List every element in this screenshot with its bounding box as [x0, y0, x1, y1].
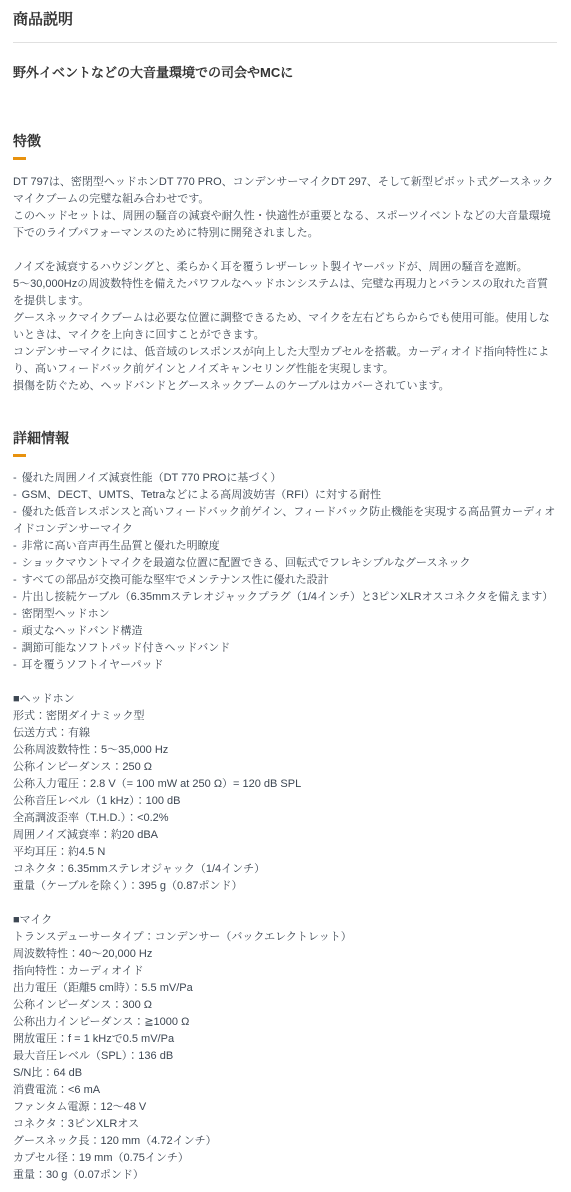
spec-label: 公称インピーダンス [13, 761, 111, 773]
spec-separator: ： [57, 1033, 68, 1045]
spec-separator: ： [57, 1084, 68, 1096]
spec-row: 最大音圧レベル（SPL）：136 dB [13, 1048, 557, 1065]
spec-row: 公称インピーダンス：300 Ω [13, 997, 557, 1014]
spec-label: 開放電圧 [13, 1033, 57, 1045]
feature-bullet: -耳を覆うソフトイヤーパッド [13, 657, 557, 674]
spec-value: 64 dB [53, 1067, 82, 1079]
spec-label: 出力電圧（距離5 cm時） [13, 982, 130, 994]
bullet-marker: - [13, 591, 17, 603]
spec-value: <6 mA [68, 1084, 100, 1096]
spec-value: コンデンサー（バックエレクトレット） [155, 931, 352, 943]
spec-row: 周波数特性：40～20,000 Hz [13, 946, 557, 963]
spec-label: 公称周波数特性 [13, 744, 90, 756]
feature-bullet: -GSM、DECT、UMTS、Tetraなどによる高周波妨害（RFI）に対する耐… [13, 487, 557, 504]
title-divider [13, 42, 557, 43]
spec-row: 重量（ケーブルを除く）：395 g（0.87ポンド） [13, 878, 557, 895]
headphone-spec-list: 形式：密閉ダイナミック型 伝送方式：有線 公称周波数特性：5～35,000 Hz… [13, 708, 557, 895]
spec-separator: ： [68, 1152, 79, 1164]
spec-row: 形式：密閉ダイナミック型 [13, 708, 557, 725]
bullet-text: 密閉型ヘッドホン [22, 608, 110, 620]
spec-value: 5～35,000 Hz [101, 744, 168, 756]
spec-label: 全高調波歪率（T.H.D.） [13, 812, 126, 824]
features-accent-bar [13, 157, 26, 160]
spec-row: コネクタ：6.35mmステレオジャック（1/4インチ） [13, 861, 557, 878]
spec-row: 伝送方式：有線 [13, 725, 557, 742]
paragraph-line: ノイズを減衰するハウジングと、柔らかく耳を覆うレザーレット製イヤーパッドが、周囲… [13, 259, 557, 276]
spec-value: カーディオイド [68, 965, 144, 977]
paragraph-line: グースネックマイクブームは必要な位置に調整できるため、マイクを左右どちらからでも… [13, 310, 557, 344]
spec-value: ≧1000 Ω [144, 1016, 189, 1028]
spec-separator: ： [35, 1169, 46, 1181]
spec-row: 全高調波歪率（T.H.D.）：<0.2% [13, 810, 557, 827]
spec-row: 指向特性：カーディオイド [13, 963, 557, 980]
spec-separator: ： [57, 863, 68, 875]
spec-value: 19 mm（0.75インチ） [79, 1152, 189, 1164]
bullet-text: 片出し接続ケーブル（6.35mmステレオジャックプラグ（1/4インチ）と3ピンX… [22, 591, 554, 603]
spec-value: 40～20,000 Hz [79, 948, 152, 960]
spec-row: 公称インピーダンス：250 Ω [13, 759, 557, 776]
spec-row: カプセル径：19 mm（0.75インチ） [13, 1150, 557, 1167]
bullet-marker: - [13, 608, 17, 620]
spec-separator: ： [68, 948, 79, 960]
spec-value: 395 g（0.87ポンド） [139, 880, 243, 892]
spec-value: <0.2% [137, 812, 169, 824]
spec-row: グースネック長：120 mm（4.72インチ） [13, 1133, 557, 1150]
spec-value: 120 mm（4.72インチ） [100, 1135, 216, 1147]
spec-label: 最大音圧レベル（SPL） [13, 1050, 127, 1062]
spec-label: 重量 [13, 1169, 35, 1181]
spec-separator: ： [89, 1101, 100, 1113]
product-description-page: { "colors":{ "accent":"#e8920e", "text":… [0, 0, 571, 1192]
spec-separator: ： [127, 1050, 138, 1062]
features-intro-paragraph: DT 797は、密閉型ヘッドホンDT 770 PRO、コンデンサーマイクDT 2… [13, 174, 557, 242]
spec-label: 周波数特性 [13, 948, 68, 960]
spec-row: ファンタム電源：12～48 V [13, 1099, 557, 1116]
spec-separator: ： [42, 1067, 53, 1079]
mic-specs-heading: ■マイク [13, 912, 557, 929]
spec-separator: ： [133, 1016, 144, 1028]
spec-separator: ： [57, 846, 68, 858]
spec-label: 平均耳圧 [13, 846, 57, 858]
spec-value: 30 g（0.07ポンド） [46, 1169, 144, 1181]
details-accent-bar [13, 454, 26, 457]
feature-bullet: -すべての部品が交換可能な堅牢でメンテナンス性に優れた設計 [13, 572, 557, 589]
bullet-text: 優れた低音レスポンスと高いフィードバック前ゲイン、フィードバック防止機能を実現す… [13, 506, 555, 535]
spec-row: 周囲ノイズ減衰率：約20 dBA [13, 827, 557, 844]
spec-row: 消費電流：<6 mA [13, 1082, 557, 1099]
bullet-marker: - [13, 540, 17, 552]
features-heading: 特徴 [13, 132, 557, 150]
details-heading: 詳細情報 [13, 429, 557, 447]
feature-bullet: -頑丈なヘッドバンド構造 [13, 623, 557, 640]
spec-label: S/N比 [13, 1067, 42, 1079]
spec-label: 指向特性 [13, 965, 57, 977]
spec-label: 重量（ケーブルを除く） [13, 880, 128, 892]
bullet-marker: - [13, 489, 17, 501]
feature-bullet: -優れた低音レスポンスと高いフィードバック前ゲイン、フィードバック防止機能を実現… [13, 504, 557, 538]
page-title: 商品説明 [13, 10, 557, 30]
spec-value: f = 1 kHzで0.5 mV/Pa [68, 1033, 174, 1045]
spec-separator: ： [57, 727, 68, 739]
product-tagline: 野外イベントなどの大音量環境での司会やMCに [13, 64, 557, 82]
spec-separator: ： [57, 965, 68, 977]
spec-row: 公称音圧レベル（1 kHz）：100 dB [13, 793, 557, 810]
feature-bullet: -非常に高い音声再生品質と優れた明瞭度 [13, 538, 557, 555]
bullet-marker: - [13, 659, 17, 671]
spec-row: 重量：30 g（0.07ポンド） [13, 1167, 557, 1184]
spec-row: 公称周波数特性：5～35,000 Hz [13, 742, 557, 759]
feature-bullet-list: -優れた周囲ノイズ減衰性能（DT 770 PROに基づく） -GSM、DECT、… [13, 470, 557, 674]
feature-bullet: -片出し接続ケーブル（6.35mmステレオジャックプラグ（1/4インチ）と3ピン… [13, 589, 557, 606]
spec-label: コネクタ [13, 863, 57, 875]
spec-value: 136 dB [138, 1050, 173, 1062]
mic-specs: ■マイク トランスデューサータイプ：コンデンサー（バックエレクトレット） 周波数… [13, 912, 557, 1184]
spec-value: 12～48 V [100, 1101, 146, 1113]
spec-label: ファンタム電源 [13, 1101, 89, 1113]
features-body-paragraph: ノイズを減衰するハウジングと、柔らかく耳を覆うレザーレット製イヤーパッドが、周囲… [13, 259, 557, 395]
spec-value: 有線 [68, 727, 90, 739]
bullet-text: すべての部品が交換可能な堅牢でメンテナンス性に優れた設計 [22, 574, 329, 586]
spec-separator: ： [89, 1135, 100, 1147]
spec-separator: ： [57, 1118, 68, 1130]
bullet-text: GSM、DECT、UMTS、Tetraなどによる高周波妨害（RFI）に対する耐性 [22, 489, 381, 501]
spec-value: 約4.5 N [68, 846, 105, 858]
headphone-specs-heading: ■ヘッドホン [13, 691, 557, 708]
feature-bullet: -ショックマウントマイクを最適な位置に配置できる、回転式でフレキシブルなグースネ… [13, 555, 557, 572]
spec-row: トランスデューサータイプ：コンデンサー（バックエレクトレット） [13, 929, 557, 946]
details-section: 詳細情報 -優れた周囲ノイズ減衰性能（DT 770 PROに基づく） -GSM、… [13, 429, 557, 1184]
spec-separator: ： [126, 812, 137, 824]
spec-separator: ： [79, 778, 90, 790]
spec-label: 形式 [13, 710, 35, 722]
headphone-specs: ■ヘッドホン 形式：密閉ダイナミック型 伝送方式：有線 公称周波数特性：5～35… [13, 691, 557, 895]
bullet-text: 非常に高い音声再生品質と優れた明瞭度 [22, 540, 220, 552]
spec-separator: ： [130, 982, 141, 994]
spec-separator: ： [144, 931, 155, 943]
bullet-marker: - [13, 557, 17, 569]
bullet-text: 調節可能なソフトパッド付きヘッドバンド [22, 642, 231, 654]
spec-label: 公称出力インピーダンス [13, 1016, 133, 1028]
spec-separator: ： [135, 795, 146, 807]
feature-bullet: -密閉型ヘッドホン [13, 606, 557, 623]
spec-separator: ： [100, 829, 111, 841]
spec-row: 公称入力電圧：2.8 V（= 100 mW at 250 Ω）= 120 dB … [13, 776, 557, 793]
spec-label: 公称インピーダンス [13, 999, 111, 1011]
spec-value: 5.5 mV/Pa [141, 982, 192, 994]
spec-row: 公称出力インピーダンス：≧1000 Ω [13, 1014, 557, 1031]
spec-row: 開放電圧：f = 1 kHzで0.5 mV/Pa [13, 1031, 557, 1048]
spec-label: 公称音圧レベル（1 kHz） [13, 795, 135, 807]
bullet-marker: - [13, 642, 17, 654]
spec-value: 250 Ω [122, 761, 152, 773]
spec-label: 消費電流 [13, 1084, 57, 1096]
paragraph-line: このヘッドセットは、周囲の騒音の減衰や耐久性・快適性が重要となる、スポーツイベン… [13, 208, 557, 242]
spec-label: カプセル径 [13, 1152, 68, 1164]
spec-label: 公称入力電圧 [13, 778, 79, 790]
spec-separator: ： [90, 744, 101, 756]
spec-value: 100 dB [146, 795, 181, 807]
bullet-text: 優れた周囲ノイズ減衰性能（DT 770 PROに基づく） [22, 472, 282, 484]
feature-bullet: -優れた周囲ノイズ減衰性能（DT 770 PROに基づく） [13, 470, 557, 487]
mic-spec-list: トランスデューサータイプ：コンデンサー（バックエレクトレット） 周波数特性：40… [13, 929, 557, 1184]
spec-value: 6.35mmステレオジャック（1/4インチ） [68, 863, 265, 875]
spec-value: 密閉ダイナミック型 [46, 710, 145, 722]
spec-label: トランスデューサータイプ [13, 931, 144, 943]
spec-label: 周囲ノイズ減衰率 [13, 829, 100, 841]
bullet-marker: - [13, 472, 17, 484]
bullet-marker: - [13, 574, 17, 586]
feature-bullet: -調節可能なソフトパッド付きヘッドバンド [13, 640, 557, 657]
spec-row: 出力電圧（距離5 cm時）：5.5 mV/Pa [13, 980, 557, 997]
bullet-text: ショックマウントマイクを最適な位置に配置できる、回転式でフレキシブルなグースネッ… [22, 557, 471, 569]
spec-separator: ： [128, 880, 139, 892]
bullet-marker: - [13, 625, 17, 637]
paragraph-line: DT 797は、密閉型ヘッドホンDT 770 PRO、コンデンサーマイクDT 2… [13, 174, 557, 208]
spec-label: グースネック長 [13, 1135, 89, 1147]
bullet-marker: - [13, 506, 17, 518]
spec-separator: ： [111, 999, 122, 1011]
features-section: 特徴 DT 797は、密閉型ヘッドホンDT 770 PRO、コンデンサーマイクD… [13, 132, 557, 395]
paragraph-line: 5～30,000Hzの周波数特性を備えたパワフルなヘッドホンシステムは、完璧な再… [13, 276, 557, 310]
bullet-text: 耳を覆うソフトイヤーパッド [22, 659, 164, 671]
spec-separator: ： [35, 710, 46, 722]
spec-label: 伝送方式 [13, 727, 57, 739]
spec-value: 300 Ω [122, 999, 152, 1011]
spec-row: S/N比：64 dB [13, 1065, 557, 1082]
spec-separator: ： [111, 761, 122, 773]
spec-row: コネクタ：3ピンXLRオス [13, 1116, 557, 1133]
bullet-text: 頑丈なヘッドバンド構造 [22, 625, 143, 637]
spec-value: 2.8 V（= 100 mW at 250 Ω）= 120 dB SPL [90, 778, 301, 790]
paragraph-line: 損傷を防ぐため、ヘッドバンドとグースネックブームのケーブルはカバーされています。 [13, 378, 557, 395]
spec-value: 約20 dBA [111, 829, 158, 841]
spec-row: 平均耳圧：約4.5 N [13, 844, 557, 861]
spec-label: コネクタ [13, 1118, 57, 1130]
spec-value: 3ピンXLRオス [68, 1118, 139, 1130]
paragraph-line: コンデンサーマイクには、低音域のレスポンスが向上した大型カプセルを搭載。カーディ… [13, 344, 557, 378]
